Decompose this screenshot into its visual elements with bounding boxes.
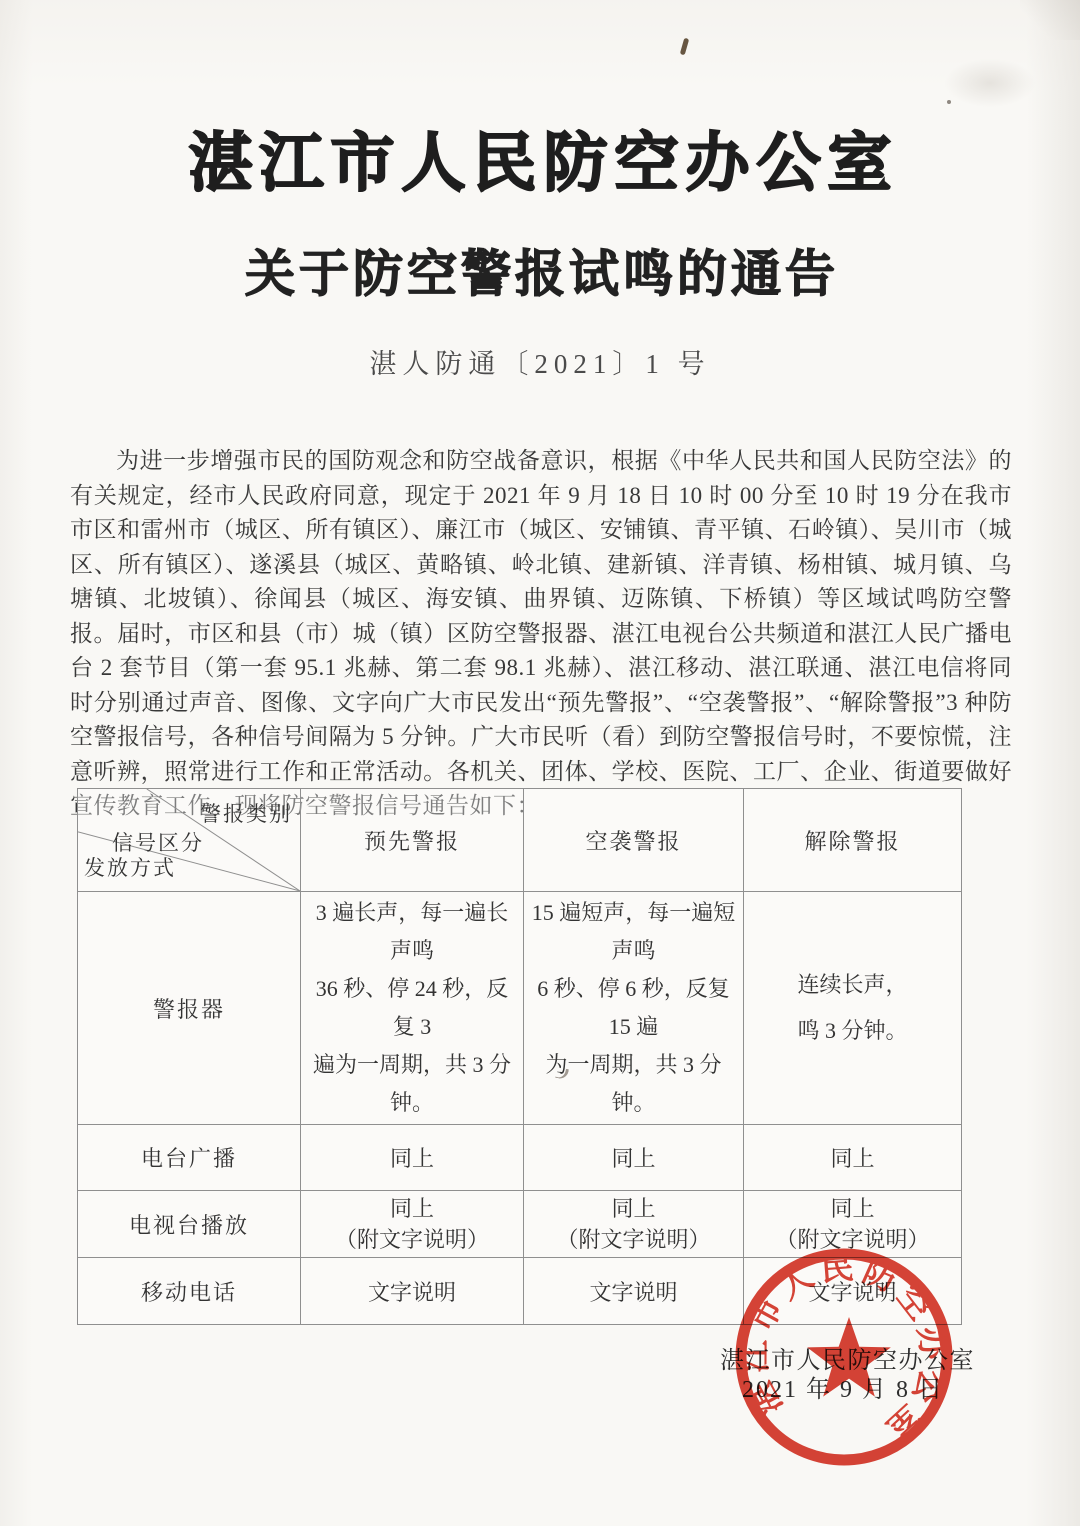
table-cell: 文字说明 — [524, 1258, 744, 1325]
corner-label-issue-method: 发放方式 — [84, 852, 176, 882]
page-title: 湛江市人民防空办公室 — [0, 112, 1080, 204]
table-cell: 同上 — [524, 1125, 744, 1191]
table-cell: 同上 — [301, 1125, 524, 1191]
column-header-all-clear-alarm: 解除警报 — [744, 789, 962, 892]
scanned-notice-page: 湛江市人民防空办公室 关于防空警报试鸣的通告 湛人防通〔2021〕1 号 为进一… — [0, 0, 1080, 1526]
document-number: 湛人防通〔2021〕1 号 — [0, 342, 1080, 381]
svg-text:办: 办 — [910, 1324, 952, 1363]
scan-artifact-corner-shadow — [1020, 0, 1080, 40]
svg-text:人: 人 — [773, 1259, 820, 1307]
table-cell: 同上 — [744, 1125, 962, 1191]
corner-label-alarm-category: 警报类别 — [200, 798, 292, 828]
column-header-air-raid-alarm: 空袭警报 — [524, 789, 744, 892]
official-red-seal: 湛江市人民防空办公室 — [730, 1243, 958, 1471]
seal-star-icon — [807, 1317, 891, 1397]
notice-body-paragraph: 为进一步增强市民的国防观念和防空战备意识，根据《中华人民共和国人民防空法》的有关… — [70, 444, 1012, 824]
table-cell: 文字说明 — [301, 1258, 524, 1325]
svg-text:室: 室 — [879, 1398, 928, 1448]
row-label-tv: 电视台播放 — [78, 1191, 301, 1258]
svg-text:空: 空 — [889, 1278, 939, 1327]
diagonal-corner-cell: 警报类别 信号区分 发放方式 — [78, 789, 301, 892]
table-cell: 同上 （附文字说明） — [301, 1191, 524, 1258]
table-cell: 3 遍长声，每一遍长声鸣 36 秒、停 24 秒，反复 3 遍为一周期，共 3 … — [301, 892, 524, 1125]
scan-artifact-dot — [947, 100, 951, 104]
table-header-row: 警报类别 信号区分 发放方式 预先警报 空袭警报 解除警报 — [78, 789, 962, 892]
row-label-radio: 电台广播 — [78, 1125, 301, 1191]
svg-text:民: 民 — [819, 1249, 855, 1288]
table-cell: 15 遍短声，每一遍短声鸣 6 秒、停 6 秒，反复 15 遍 为一周期，共 3… — [524, 892, 744, 1125]
scan-artifact-smudge — [925, 48, 1055, 118]
column-header-advance-alarm: 预先警报 — [301, 789, 524, 892]
table-cell: 同上 （附文字说明） — [524, 1191, 744, 1258]
table-row-siren: 警报器 3 遍长声，每一遍长声鸣 36 秒、停 24 秒，反复 3 遍为一周期，… — [78, 892, 962, 1125]
svg-text:江: 江 — [738, 1340, 774, 1373]
row-label-siren: 警报器 — [78, 892, 301, 1125]
row-label-mobile: 移动电话 — [78, 1258, 301, 1325]
scan-artifact-ink-stroke — [680, 38, 689, 56]
notice-subtitle: 关于防空警报试鸣的通告 — [0, 234, 1080, 306]
table-cell: 连续长声， 鸣 3 分钟。 — [744, 892, 962, 1125]
table-row-radio: 电台广播 同上 同上 同上 — [78, 1125, 962, 1191]
